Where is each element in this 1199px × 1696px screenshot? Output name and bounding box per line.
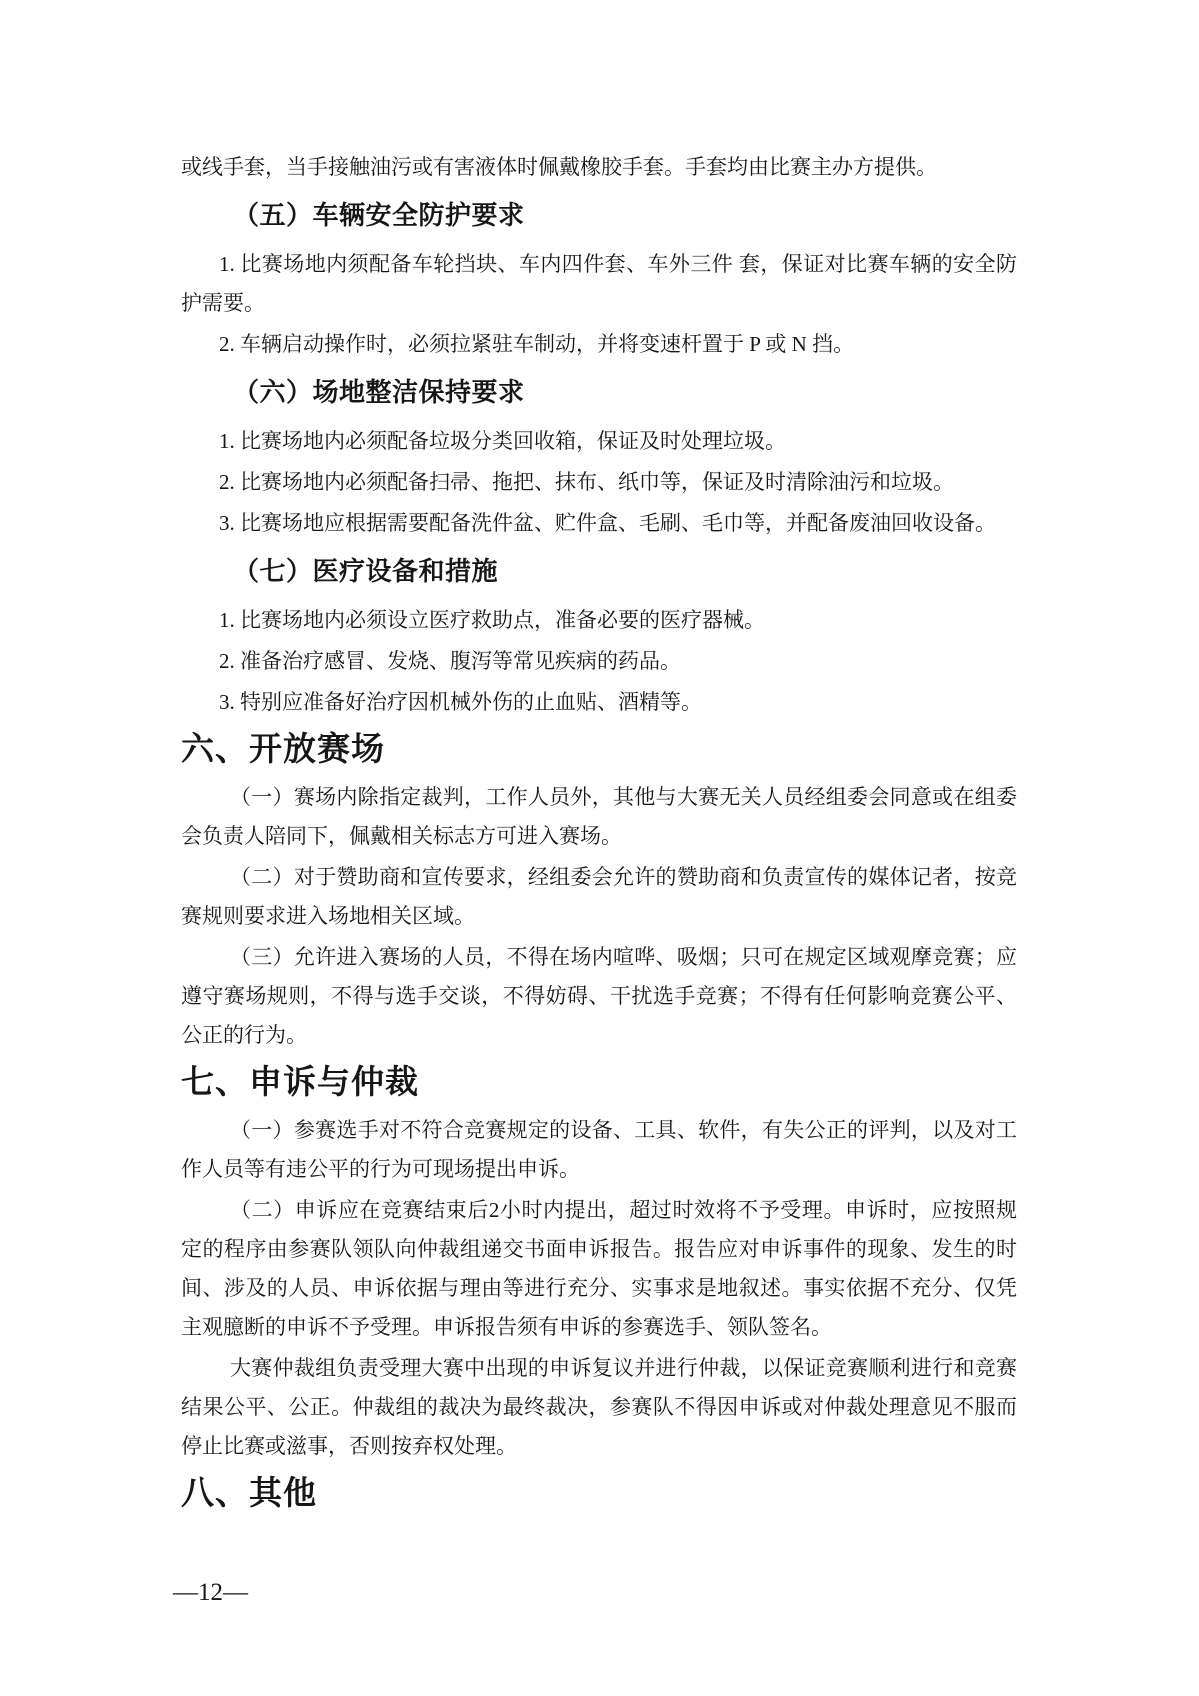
page-number: —12— [173, 1578, 248, 1608]
appeal-arbitration-paragraph: 大赛仲裁组负责受理大赛中出现的申诉复议并进行仲裁，以保证竞赛顺利进行和竞赛结果公… [181, 1349, 1017, 1466]
clause-6-2: 2. 比赛场地内必须配备扫帚、拖把、抹布、纸巾等，保证及时清除油污和垃圾。 [181, 463, 1017, 502]
clause-6-3: 3. 比赛场地应根据需要配备洗件盆、贮件盒、毛刷、毛巾等，并配备废油回收设备。 [181, 504, 1017, 543]
subsection-heading-6: （六）场地整洁保持要求 [181, 370, 1017, 414]
page-body: 或线手套，当手接触油污或有害液体时佩戴橡胶手套。手套均由比赛主办方提供。 （五）… [181, 148, 1017, 1522]
chapter-heading-appeal-arbitration: 七、申诉与仲裁 [181, 1057, 1017, 1107]
clause-6-1: 1. 比赛场地内必须配备垃圾分类回收箱，保证及时处理垃圾。 [181, 422, 1017, 461]
clause-5-1: 1. 比赛场地内须配备车轮挡块、车内四件套、车外三件 套，保证对比赛车辆的安全防… [181, 245, 1017, 323]
clause-5-2: 2. 车辆启动操作时，必须拉紧驻车制动，并将变速杆置于 P 或 N 挡。 [181, 325, 1017, 364]
subsection-heading-7: （七）医疗设备和措施 [181, 549, 1017, 593]
appeal-item-2: （二）申诉应在竞赛结束后2小时内提出，超过时效将不予受理。申诉时，应按照规定的程… [181, 1191, 1017, 1347]
open-venue-item-3: （三）允许进入赛场的人员，不得在场内喧哗、吸烟；只可在规定区域观摩竞赛；应遵守赛… [181, 938, 1017, 1055]
clause-7-2: 2. 准备治疗感冒、发烧、腹泻等常见疾病的药品。 [181, 642, 1017, 681]
clause-7-1: 1. 比赛场地内必须设立医疗救助点，准备必要的医疗器械。 [181, 601, 1017, 640]
chapter-heading-other: 八、其他 [181, 1468, 1017, 1518]
clause-7-3: 3. 特别应准备好治疗因机械外伤的止血贴、酒精等。 [181, 683, 1017, 722]
paragraph-continuation: 或线手套，当手接触油污或有害液体时佩戴橡胶手套。手套均由比赛主办方提供。 [181, 148, 1017, 187]
subsection-heading-5: （五）车辆安全防护要求 [181, 193, 1017, 237]
chapter-heading-open-venue: 六、开放赛场 [181, 724, 1017, 774]
appeal-item-1: （一）参赛选手对不符合竞赛规定的设备、工具、软件，有失公正的评判，以及对工作人员… [181, 1111, 1017, 1189]
open-venue-item-2: （二）对于赞助商和宣传要求，经组委会允许的赞助商和负责宣传的媒体记者，按竞赛规则… [181, 858, 1017, 936]
open-venue-item-1: （一）赛场内除指定裁判，工作人员外，其他与大赛无关人员经组委会同意或在组委会负责… [181, 778, 1017, 856]
document-page: 或线手套，当手接触油污或有害液体时佩戴橡胶手套。手套均由比赛主办方提供。 （五）… [0, 0, 1199, 1696]
